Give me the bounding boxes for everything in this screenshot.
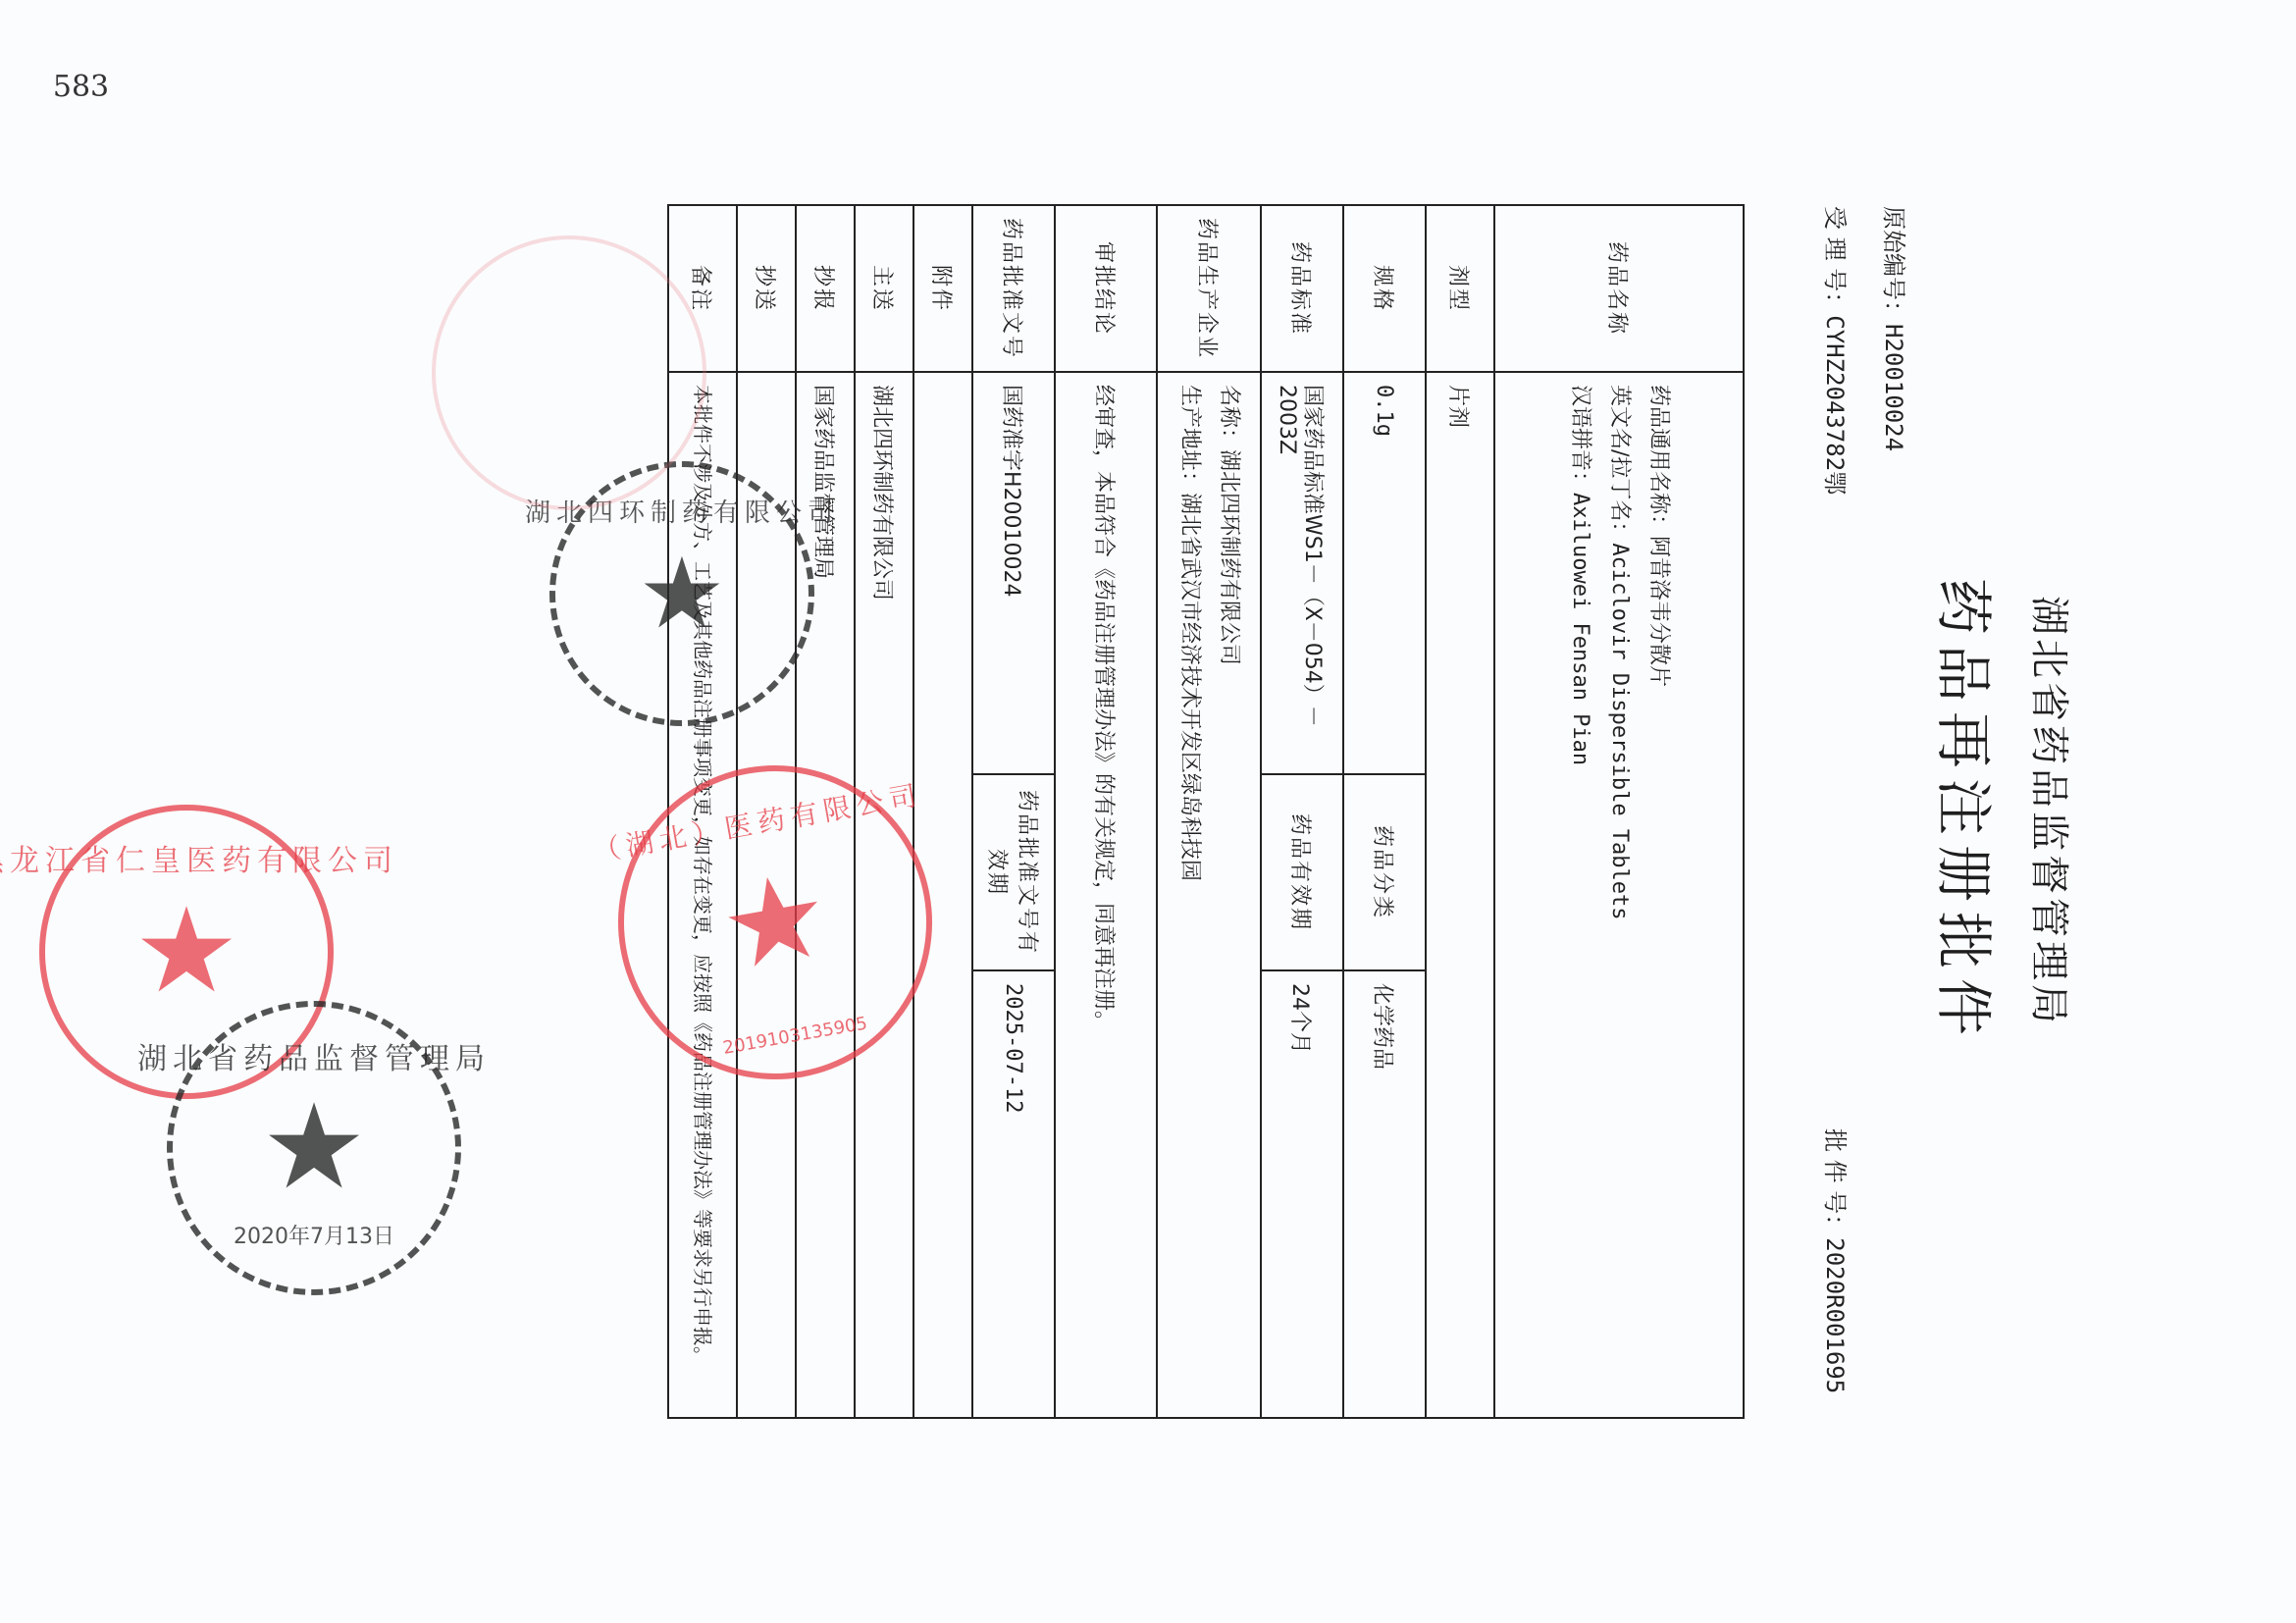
agency-seal: ★ 湖北省药品监督管理局 2020年7月13日 — [167, 1001, 461, 1295]
approval-document-number: 批 件 号：2020R001695 — [1820, 1128, 1854, 1393]
strength-value: 0.1g — [1343, 372, 1426, 774]
manufacturer-address-label: 生产地址： — [1177, 385, 1202, 493]
strength-label: 规格 — [1343, 205, 1426, 372]
document-page: 583 湖北省药品监督管理局 药品再注册批件 原始编号：H20010024 受 … — [0, 0, 2296, 1623]
pinyin-name: 汉语拼音：Axiluowei Fensan Pian — [1560, 385, 1599, 1405]
manufacturer-address-value: 湖北省武汉市经济技术开发区绿岛科技园 — [1177, 493, 1202, 881]
attachment-label: 附件 — [913, 205, 972, 372]
dosage-form-value: 片剂 — [1426, 372, 1494, 1418]
approval-document-number-value: 2020R001695 — [1821, 1237, 1849, 1393]
generic-name-value: 阿昔洛韦分散片 — [1646, 536, 1671, 687]
star-icon: ★ — [133, 893, 239, 1011]
main-recipient-value: 湖北四环制药有限公司 — [855, 372, 913, 1418]
english-name: 英文名/拉丁名：Aciclovir Dispersible Tablets — [1599, 385, 1639, 1405]
manufacturer-name-label: 名称： — [1217, 385, 1241, 449]
copy-to-value — [737, 372, 796, 1418]
pinyin-name-value: Axiluowei Fensan Pian — [1568, 493, 1592, 765]
row-strength: 规格 0.1g 药品分类 化学药品 — [1343, 205, 1426, 1418]
row-main-recipient: 主送 湖北四环制药有限公司 — [855, 205, 913, 1418]
acceptance-number-value: CYHZ2043782鄂 — [1821, 315, 1849, 495]
remarks-label: 备注 — [668, 205, 737, 372]
acceptance-number-label: 受 理 号： — [1821, 206, 1849, 315]
row-remarks: 备注 本批件不涉及处方、工艺及其他药品注册事项变更，如存在变更，应按照《药品注册… — [668, 205, 737, 1418]
row-report-to: 抄报 国家药品监督管理局 — [796, 205, 855, 1418]
original-number: 原始编号：H20010024 — [1879, 206, 1913, 451]
conclusion-label: 审批结论 — [1055, 205, 1157, 372]
row-drug-name: 药品名称 药品通用名称：阿昔洛韦分散片 英文名/拉丁名：Aciclovir Di… — [1494, 205, 1744, 1418]
approval-validity-label: 药品批准文号有效期 — [972, 774, 1055, 970]
category-value: 化学药品 — [1343, 970, 1426, 1418]
row-manufacturer: 药品生产企业 名称：湖北四环制药有限公司 生产地址：湖北省武汉市经济技术开发区绿… — [1157, 205, 1261, 1418]
star-icon: ★ — [261, 1089, 367, 1207]
remarks-value: 本批件不涉及处方、工艺及其他药品注册事项变更，如存在变更，应按照《药品注册管理办… — [668, 372, 737, 1418]
category-label: 药品分类 — [1343, 774, 1426, 970]
english-name-label: 英文名/拉丁名： — [1607, 385, 1632, 543]
document-title: 药品再注册批件 — [1927, 0, 2009, 1623]
distributor-seal: ★ 黑龙江省仁皇医药有限公司 — [39, 805, 334, 1099]
approval-document-number-label: 批 件 号： — [1821, 1128, 1849, 1237]
manufacturer-value: 名称：湖北四环制药有限公司 生产地址：湖北省武汉市经济技术开发区绿岛科技园 — [1157, 372, 1261, 1418]
distributor-seal-text: 黑龙江省仁皇医药有限公司 — [0, 836, 398, 879]
approval-number-label: 药品批准文号 — [972, 205, 1055, 372]
approval-validity-value: 2025-07-12 — [972, 970, 1055, 1418]
row-approval-number: 药品批准文号 国药准字H20010024 药品批准文号有效期 2025-07-1… — [972, 205, 1055, 1418]
standard-value: 国家药品标准WS1－（X－054）－2003Z — [1261, 372, 1343, 774]
generic-name-label: 药品通用名称： — [1646, 385, 1671, 536]
pinyin-name-label: 汉语拼音： — [1568, 385, 1592, 493]
manufacturer-label: 药品生产企业 — [1157, 205, 1261, 372]
main-recipient-label: 主送 — [855, 205, 913, 372]
row-attachment: 附件 — [913, 205, 972, 1418]
row-conclusion: 审批结论 经审查，本品符合《药品注册管理办法》的有关规定，同意再注册。 — [1055, 205, 1157, 1418]
report-to-value: 国家药品监督管理局 — [796, 372, 855, 1418]
agency-name: 湖北省药品监督管理局 — [2024, 0, 2080, 1623]
faint-seal — [432, 236, 706, 510]
row-standard: 药品标准 国家药品标准WS1－（X－054）－2003Z 药品有效期 24个月 — [1261, 205, 1343, 1418]
approval-number-value: 国药准字H20010024 — [972, 372, 1055, 774]
conclusion-value: 经审查，本品符合《药品注册管理办法》的有关规定，同意再注册。 — [1055, 372, 1157, 1418]
manufacturer-address: 生产地址：湖北省武汉市经济技术开发区绿岛科技园 — [1170, 385, 1209, 1405]
drug-name-value: 药品通用名称：阿昔洛韦分散片 英文名/拉丁名：Aciclovir Dispers… — [1494, 372, 1744, 1418]
manufacturer-name: 名称：湖北四环制药有限公司 — [1209, 385, 1248, 1405]
english-name-value: Aciclovir Dispersible Tablets — [1607, 543, 1632, 919]
row-copy-to: 抄送 — [737, 205, 796, 1418]
registration-table: 药品名称 药品通用名称：阿昔洛韦分散片 英文名/拉丁名：Aciclovir Di… — [667, 204, 1745, 1419]
original-number-label: 原始编号： — [1880, 206, 1907, 324]
attachment-value — [913, 372, 972, 1418]
agency-seal-date: 2020年7月13日 — [234, 1220, 394, 1250]
drug-name-label: 药品名称 — [1494, 205, 1744, 372]
row-dosage-form: 剂型 片剂 — [1426, 205, 1494, 1418]
original-number-value: H20010024 — [1880, 324, 1907, 451]
standard-label: 药品标准 — [1261, 205, 1343, 372]
agency-seal-text: 湖北省药品监督管理局 — [137, 1034, 491, 1077]
dosage-form-label: 剂型 — [1426, 205, 1494, 372]
handwritten-page-number: 583 — [53, 70, 109, 104]
copy-to-label: 抄送 — [737, 205, 796, 372]
acceptance-number: 受 理 号：CYHZ2043782鄂 — [1820, 206, 1854, 495]
shelf-life-label: 药品有效期 — [1261, 774, 1343, 970]
report-to-label: 抄报 — [796, 205, 855, 372]
manufacturer-name-value: 湖北四环制药有限公司 — [1217, 449, 1241, 665]
generic-name: 药品通用名称：阿昔洛韦分散片 — [1639, 385, 1678, 1405]
shelf-life-value: 24个月 — [1261, 970, 1343, 1418]
